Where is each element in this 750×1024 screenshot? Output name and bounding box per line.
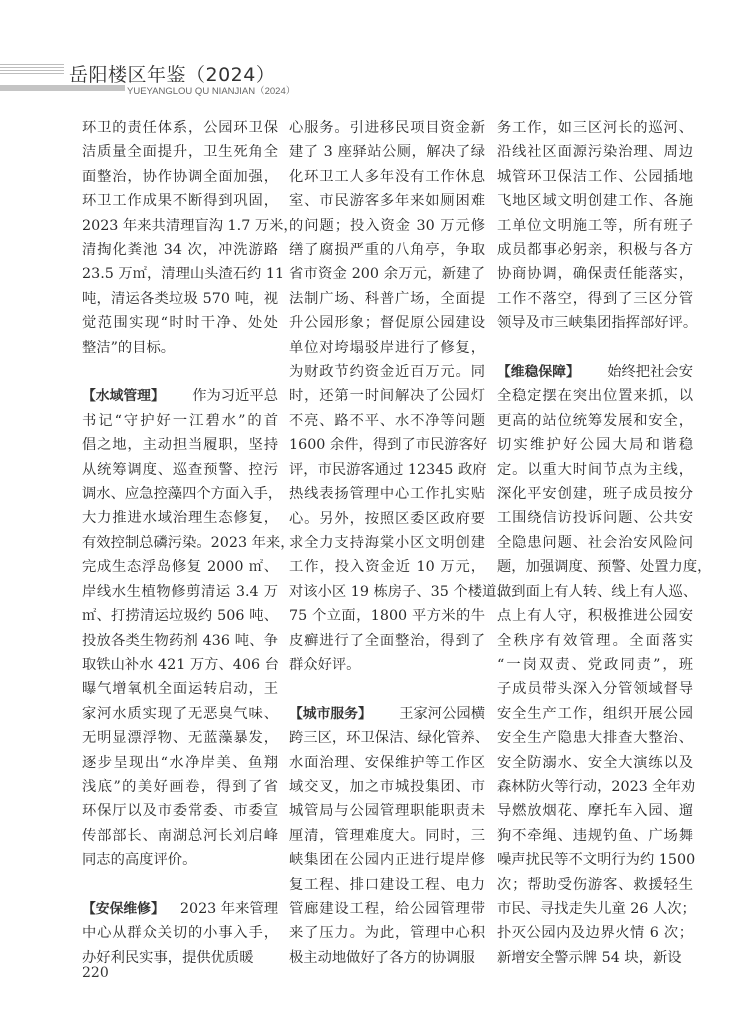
text-line: 成员都事必躬亲，积极与各方 xyxy=(497,238,693,262)
text-line: 群众好评。 xyxy=(289,653,485,677)
paragraph-gap xyxy=(289,677,485,701)
text-line: 中心从群众关切的小事入手， xyxy=(82,921,278,945)
section-heading: 【城市服务】 xyxy=(289,702,372,726)
text-line: 倡之地，主动担当履职，坚持 xyxy=(82,433,278,457)
text-line: 传部部长、南湖总河长刘启峰 xyxy=(82,824,278,848)
text-line: 整洁”的目标。 xyxy=(82,336,278,360)
text-line: 全隐患问题、社会治安风险问 xyxy=(497,531,693,555)
text-line: 心服务。引进移民项目资金新 xyxy=(289,116,485,140)
text-line: 切实维护好公园大局和谐稳 xyxy=(497,433,693,457)
text-line: 完成生态浮岛修复 2000 ㎡、 xyxy=(82,555,278,579)
text-line: 城管局与公园管理职能职责未 xyxy=(289,799,485,823)
text-line: 时，还第一时间解决了公园灯 xyxy=(289,384,485,408)
text-line: 领导及市三峡集团指挥部好评。 xyxy=(497,311,693,335)
text-line: 对该小区 19 栋房子、35 个楼道、 xyxy=(289,580,485,604)
text-line: 安全生产工作，组织开展公园 xyxy=(497,702,693,726)
section-paragraph: 【维稳保障】始终把社会安全稳定摆在突出位置来抓，以更高的站位统筹发展和安全，切实… xyxy=(497,360,693,970)
text-line: 家河水质实现了无恶臭气味、 xyxy=(82,702,278,726)
text-line: 岸线水生植物修剪清运 3.4 万 xyxy=(82,580,278,604)
text-line: 75 个立面，1800 平方米的牛 xyxy=(289,604,485,628)
text-line: 办好利民实事，提供优质暖 xyxy=(82,946,278,970)
yearbook-subtitle: YUEYANGLOU QU NIANJIAN（2024） xyxy=(127,83,295,97)
section-heading: 【水域管理】 xyxy=(82,384,165,408)
text-line: 的问题；投入资金 30 万元修 xyxy=(289,214,485,238)
text-line: 深化平安创建，班子成员按分 xyxy=(497,482,693,506)
section-lead-text: 作为习近平总 xyxy=(192,384,278,408)
text-line: 扑灭公园内及边界火情 6 次； xyxy=(497,921,693,945)
paragraph: 心服务。引进移民项目资金新建了 3 座驿站公厕，解决了绿化环卫工人多年没有工作休… xyxy=(289,116,485,677)
section-heading: 【维稳保障】 xyxy=(497,360,580,384)
text-line: 心。另外，按照区委区政府要 xyxy=(289,507,485,531)
text-line: 法制广场、科普广场，全面提 xyxy=(289,287,485,311)
text-line: 导燃放烟花、摩托车入园、遛 xyxy=(497,799,693,823)
text-line: 升公园形象；督促原公园建设 xyxy=(289,311,485,335)
section-paragraph: 【安保维修】2023 年来管理中心从群众关切的小事入手，办好利民实事，提供优质暖 xyxy=(82,897,278,970)
section-lead-text: 始终把社会安 xyxy=(607,360,693,384)
text-line: 大力推进水域治理生态修复， xyxy=(82,506,278,530)
text-line: 点上有人守，积极推进公园安 xyxy=(497,604,693,628)
text-line: 峡集团在公园内正进行堤岸修 xyxy=(289,848,485,872)
text-line: 浅底”的美好画卷，得到了省 xyxy=(82,775,278,799)
text-line: 环保厅以及市委常委、市委宣 xyxy=(82,799,278,823)
text-line: 厘清，管理难度大。同时，三 xyxy=(289,824,485,848)
text-line: 【城市服务】王家河公园横 xyxy=(289,702,485,726)
paragraph-gap xyxy=(497,336,693,360)
paragraph: 环卫的责任体系，公园环卫保洁质量全面提升，卫生死角全面整治，协作协调全面加强，环… xyxy=(82,116,278,360)
text-line: 从统筹调度、巡查预警、控污 xyxy=(82,458,278,482)
text-line: 题，加强调度、预警、处置力度， xyxy=(497,555,693,579)
text-line: 热线表扬管理中心工作扎实贴 xyxy=(289,482,485,506)
text-line: 新增安全警示牌 54 块，新设 xyxy=(497,946,693,970)
header-decorative-lines xyxy=(0,64,64,78)
text-line: 【水域管理】作为习近平总 xyxy=(82,384,278,408)
text-line: 调水、应急控藻四个方面入手， xyxy=(82,482,278,506)
column-middle: 心服务。引进移民项目资金新建了 3 座驿站公厕，解决了绿化环卫工人多年没有工作休… xyxy=(289,116,485,970)
text-line: 跨三区，环卫保洁、绿化管养、 xyxy=(289,726,485,750)
running-header: 岳阳楼区年鉴（2024） YUEYANGLOU QU NIANJIAN（2024… xyxy=(0,58,750,98)
text-line: 同志的高度评价。 xyxy=(82,848,278,872)
text-line: 化环卫工人多年没有工作休息 xyxy=(289,165,485,189)
text-line: 噪声扰民等不文明行为约 1500 xyxy=(497,848,693,872)
text-line: 协商协调，确保责任能落实， xyxy=(497,262,693,286)
text-line: 缮了腐损严重的八角亭，争取 xyxy=(289,238,485,262)
section-heading: 【安保维修】 xyxy=(82,897,165,921)
text-line: 建了 3 座驿站公厕，解决了绿 xyxy=(289,140,485,164)
text-line: 全秩序有效管理。全面落实 xyxy=(497,629,693,653)
text-line: 狗不牵绳、违规钓鱼、广场舞 xyxy=(497,824,693,848)
text-line: 次；帮助受伤游客、救援轻生 xyxy=(497,873,693,897)
text-line: 森林防火等行动，2023 全年劝 xyxy=(497,775,693,799)
text-line: 工作不落空，得到了三区分管 xyxy=(497,287,693,311)
section-paragraph: 【城市服务】王家河公园横跨三区，环卫保洁、绿化管养、水面治理、安保维护等工作区域… xyxy=(289,702,485,970)
section-lead-text: 2023 年来管理 xyxy=(180,897,278,921)
text-line: 环卫的责任体系，公园环卫保 xyxy=(82,116,278,140)
text-line: 【安保维修】2023 年来管理 xyxy=(82,897,278,921)
text-line: 【维稳保障】始终把社会安 xyxy=(497,360,693,384)
text-line: 书记“守护好一江碧水”的首 xyxy=(82,409,278,433)
text-line: 域交叉，加之市城投集团、市 xyxy=(289,775,485,799)
text-line: 面整治，协作协调全面加强， xyxy=(82,165,278,189)
text-line: 务工作，如三区河长的巡河、 xyxy=(497,116,693,140)
text-line: 市民、寻找走失儿童 26 人次； xyxy=(497,897,693,921)
text-line: 环卫工作成果不断得到巩固， xyxy=(82,189,278,213)
text-line: 城管环卫保洁工作、公园插地 xyxy=(497,165,693,189)
text-line: 取铁山补水 421 万方、406 台 xyxy=(82,653,278,677)
text-line: 23.5 万㎡，清理山头渣石约 11 xyxy=(82,262,278,286)
text-line: 工围绕信访投诉问题、公共安 xyxy=(497,506,693,530)
text-line: “一岗双责、党政同责”，班 xyxy=(497,653,693,677)
text-line: 1600 余件，得到了市民游客好 xyxy=(289,433,485,457)
text-line: 单位对垮塌驳岸进行了修复， xyxy=(289,336,485,360)
text-line: 觉范围实现“时时干净、处处 xyxy=(82,311,278,335)
text-line: 投放各类生物药剂 436 吨、争 xyxy=(82,629,278,653)
text-line: 工作，投入资金近 10 万元， xyxy=(289,555,485,579)
text-line: 求全力支持海棠小区文明创建 xyxy=(289,531,485,555)
text-line: 室、市民游客多年来如厕困难 xyxy=(289,189,485,213)
text-line: 无明显漂浮物、无蓝藻暴发， xyxy=(82,726,278,750)
column-right: 务工作，如三区河长的巡河、沿线社区面源污染治理、周边城管环卫保洁工作、公园插地飞… xyxy=(497,116,693,970)
page-number: 220 xyxy=(82,965,109,981)
text-line: 飞地区域文明创建工作、各施 xyxy=(497,189,693,213)
text-line: 安全防溺水、安全大演练以及 xyxy=(497,751,693,775)
text-line: 复工程、排口建设工程、电力 xyxy=(289,873,485,897)
text-line: 更高的站位统筹发展和安全， xyxy=(497,409,693,433)
text-line: 吨，清运各类垃圾 570 吨，视 xyxy=(82,287,278,311)
paragraph-gap xyxy=(82,360,278,384)
text-line: 为财政节约资金近百万元。同 xyxy=(289,360,485,384)
text-line: 2023 年来共清理盲沟 1.7 万米， xyxy=(82,214,278,238)
text-line: 逐步呈现出“水净岸美、鱼翔 xyxy=(82,751,278,775)
text-line: 定。以重大时间节点为主线， xyxy=(497,458,693,482)
text-line: 皮癣进行了全面整治，得到了 xyxy=(289,629,485,653)
text-line: 评，市民游客通过 12345 政府 xyxy=(289,458,485,482)
paragraph: 务工作，如三区河长的巡河、沿线社区面源污染治理、周边城管环卫保洁工作、公园插地飞… xyxy=(497,116,693,336)
column-left: 环卫的责任体系，公园环卫保洁质量全面提升，卫生死角全面整治，协作协调全面加强，环… xyxy=(82,116,278,970)
text-line: 做到面上有人转、线上有人巡、 xyxy=(497,580,693,604)
text-line: 来了压力。为此，管理中心积 xyxy=(289,921,485,945)
text-line: 极主动地做好了各方的协调服 xyxy=(289,946,485,970)
section-paragraph: 【水域管理】作为习近平总书记“守护好一江碧水”的首倡之地，主动担当履职，坚持从统… xyxy=(82,384,278,872)
text-line: 不亮、路不平、水不净等问题 xyxy=(289,409,485,433)
text-line: 洁质量全面提升，卫生死角全 xyxy=(82,140,278,164)
text-line: 子成员带头深入分管领域督导 xyxy=(497,677,693,701)
text-line: 省市资金 200 余万元，新建了 xyxy=(289,262,485,286)
section-lead-text: 王家河公园横 xyxy=(399,702,485,726)
text-line: 有效控制总磷污染。2023 年来， xyxy=(82,531,278,555)
text-line: 管廊建设工程，给公园管理带 xyxy=(289,897,485,921)
text-line: 工单位文明施工等，所有班子 xyxy=(497,214,693,238)
text-line: 沿线社区面源污染治理、周边 xyxy=(497,140,693,164)
text-line: 曝气增氧机全面运转启动，王 xyxy=(82,677,278,701)
text-line: 全稳定摆在突出位置来抓，以 xyxy=(497,384,693,408)
paragraph-gap xyxy=(82,873,278,897)
text-line: 水面治理、安保维护等工作区 xyxy=(289,751,485,775)
text-line: 清掏化粪池 34 次，冲洗游路 xyxy=(82,238,278,262)
text-line: 安全生产隐患大排查大整治、 xyxy=(497,726,693,750)
text-line: ㎡、打捞清运垃圾约 506 吨、 xyxy=(82,604,278,628)
